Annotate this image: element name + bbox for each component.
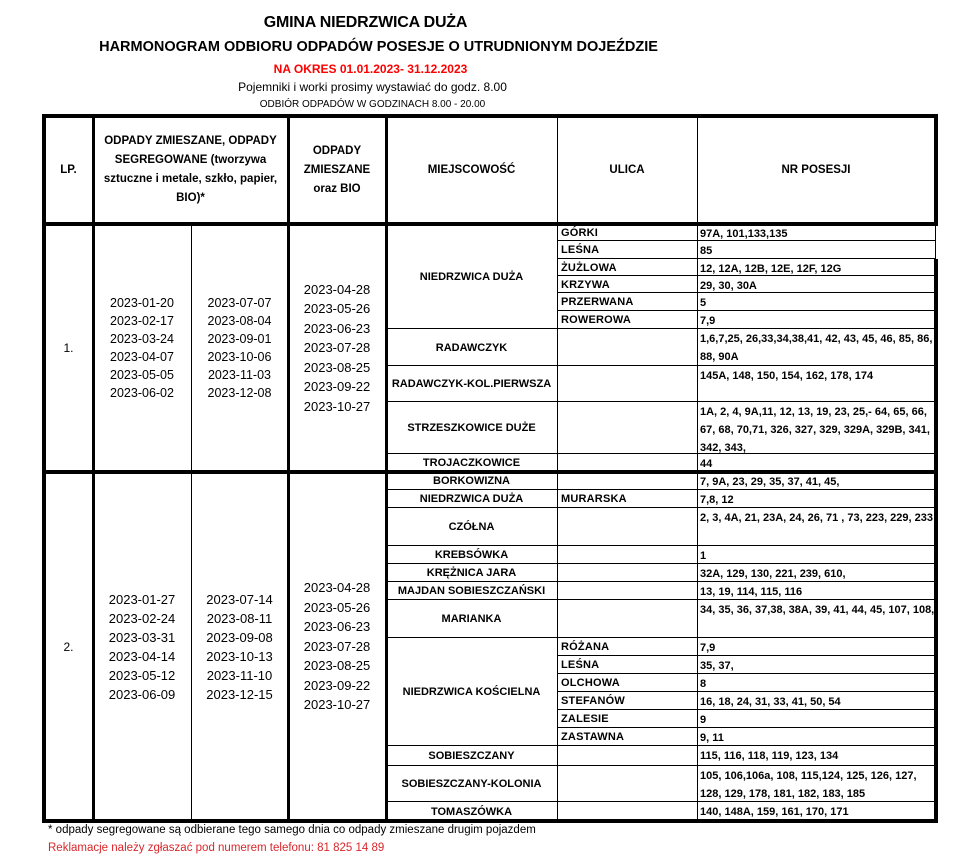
street-cell: GÓRKI — [557, 224, 697, 241]
place-cell: STRZESZKOWICE DUŻE — [386, 402, 557, 454]
table-border — [557, 224, 558, 821]
house-numbers-cell: 32A, 129, 130, 221, 239, 610, — [697, 564, 935, 582]
house-numbers-cell: 2, 3, 4A, 21, 23A, 24, 26, 71 , 73, 223,… — [697, 508, 935, 546]
column-header-mixed-bio: ODPADY ZMIESZANE oraz BIO — [288, 116, 386, 224]
house-numbers-cell: 7, 9A, 23, 29, 35, 37, 41, 45, — [697, 472, 935, 490]
street-cell — [557, 600, 697, 638]
house-numbers-cell: 97A, 101,133,135 — [697, 224, 935, 241]
dates-second-half: 2023-07-142023-08-112023-09-082023-10-13… — [191, 472, 288, 821]
dates-mixed-bio: 2023-04-282023-05-262023-06-232023-07-28… — [288, 472, 386, 821]
street-cell — [557, 366, 697, 402]
house-numbers-cell: 5 — [697, 293, 935, 311]
street-cell — [557, 746, 697, 766]
house-numbers-cell: 35, 37, — [697, 656, 935, 674]
house-numbers-cell: 13, 19, 114, 115, 116 — [697, 582, 935, 600]
header-bottom-border — [42, 222, 938, 226]
house-numbers-cell: 7,9 — [697, 311, 935, 329]
house-numbers-cell: 85 — [697, 241, 935, 259]
street-cell — [557, 582, 697, 600]
dates-second-half: 2023-07-072023-08-042023-09-012023-10-06… — [191, 224, 288, 472]
place-cell: MAJDAN SOBIESZCZAŃSKI — [386, 582, 557, 600]
street-cell — [557, 564, 697, 582]
place-cell: NIEDRZWICA DUŻA — [386, 490, 557, 508]
place-cell: SOBIESZCZANY-KOLONIA — [386, 766, 557, 802]
period-text: NA OKRES 01.01.2023- 31.12.2023 — [0, 62, 971, 76]
street-cell — [557, 546, 697, 564]
house-numbers-cell: 9, 11 — [697, 728, 935, 746]
place-cell: BORKOWIZNA — [386, 472, 557, 490]
group-number: 1. — [44, 224, 93, 472]
street-cell: RÓŻANA — [557, 638, 697, 656]
place-cell: KRĘŻNICA JARA — [386, 564, 557, 582]
column-header-place: MIEJSCOWOŚĆ — [386, 116, 557, 224]
table-border — [191, 224, 192, 821]
table-border — [935, 224, 936, 259]
house-numbers-cell: 7,9 — [697, 638, 935, 656]
house-numbers-cell: 105, 106,106a, 108, 115,124, 125, 126, 1… — [697, 766, 935, 802]
house-numbers-cell: 1 — [697, 546, 935, 564]
place-cell: NIEDRZWICA DUŻA — [386, 224, 557, 329]
document-title: GMINA NIEDRZWICA DUŻA — [0, 14, 971, 32]
street-cell: OLCHOWA — [557, 674, 697, 692]
dates-mixed-bio: 2023-04-282023-05-262023-06-232023-07-28… — [288, 224, 386, 472]
table-border — [92, 116, 93, 224]
street-cell — [557, 766, 697, 802]
house-numbers-cell: 12, 12A, 12B, 12E, 12F, 12G — [697, 259, 935, 276]
column-header-mixed-segregated: ODPADY ZMIESZANE, ODPADY SEGREGOWANE (tw… — [93, 116, 288, 224]
bin-notice: Pojemniki i worki prosimy wystawiać do g… — [0, 80, 971, 94]
street-cell: ŻUŻLOWA — [557, 259, 697, 276]
place-cell: NIEDRZWICA KOŚCIELNA — [386, 638, 557, 746]
place-cell: CZÓŁNA — [386, 508, 557, 546]
street-cell: PRZERWANA — [557, 293, 697, 311]
house-numbers-cell: 1A, 2, 4, 9A,11, 12, 13, 19, 23, 25,- 64… — [697, 402, 935, 454]
house-numbers-cell: 1,6,7,25, 26,33,34,38,41, 42, 43, 45, 46… — [697, 329, 935, 366]
column-header-lp: LP. — [44, 116, 93, 224]
house-numbers-cell: 145A, 148, 150, 154, 162, 178, 174 — [697, 366, 935, 402]
table-border — [557, 116, 558, 224]
street-cell — [557, 402, 697, 454]
street-cell: LEŚNA — [557, 241, 697, 259]
column-header-house-numbers: NR POSESJI — [697, 116, 935, 224]
street-cell: ZASTAWNA — [557, 728, 697, 746]
collection-hours: ODBIÓR ODPADÓW W GODZINACH 8.00 - 20.00 — [0, 99, 971, 110]
street-cell: ZALESIE — [557, 710, 697, 728]
place-cell: SOBIESZCZANY — [386, 746, 557, 766]
complaints-phone: Reklamacje należy zgłaszać pod numerem t… — [48, 842, 384, 854]
house-numbers-cell: 9 — [697, 710, 935, 728]
group-number: 2. — [44, 472, 93, 821]
column-header-street: ULICA — [557, 116, 697, 224]
street-cell: STEFANÓW — [557, 692, 697, 710]
street-cell: ROWEROWA — [557, 311, 697, 329]
house-numbers-cell: 34, 35, 36, 37,38, 38A, 39, 41, 44, 45, … — [697, 600, 935, 638]
place-cell: RADAWCZYK — [386, 329, 557, 366]
footnote: * odpady segregowane są odbierane tego s… — [48, 824, 536, 836]
dates-first-half: 2023-01-272023-02-242023-03-312023-04-14… — [93, 472, 191, 821]
group-divider — [42, 470, 938, 474]
house-numbers-cell: 7,8, 12 — [697, 490, 935, 508]
table-border — [934, 259, 938, 823]
street-cell — [557, 329, 697, 366]
house-numbers-cell: 8 — [697, 674, 935, 692]
house-numbers-cell: 29, 30, 30A — [697, 276, 935, 293]
place-cell: KREBSÓWKA — [386, 546, 557, 564]
dates-first-half: 2023-01-202023-02-172023-03-242023-04-07… — [93, 224, 191, 472]
house-numbers-cell: 16, 18, 24, 31, 33, 41, 50, 54 — [697, 692, 935, 710]
house-numbers-cell: 115, 116, 118, 119, 123, 134 — [697, 746, 935, 766]
street-cell — [557, 508, 697, 546]
street-cell — [557, 472, 697, 490]
street-cell: LEŚNA — [557, 656, 697, 674]
street-cell: MURARSKA — [557, 490, 697, 508]
document-subtitle: HARMONOGRAM ODBIORU ODPADÓW POSESJE O UT… — [0, 39, 971, 55]
table-border — [934, 116, 938, 226]
place-cell: MARIANKA — [386, 600, 557, 638]
table-bottom-border — [42, 819, 938, 823]
place-cell: RADAWCZYK-KOL.PIERWSZA — [386, 366, 557, 402]
table-top-border — [42, 114, 938, 118]
street-cell: KRZYWA — [557, 276, 697, 293]
